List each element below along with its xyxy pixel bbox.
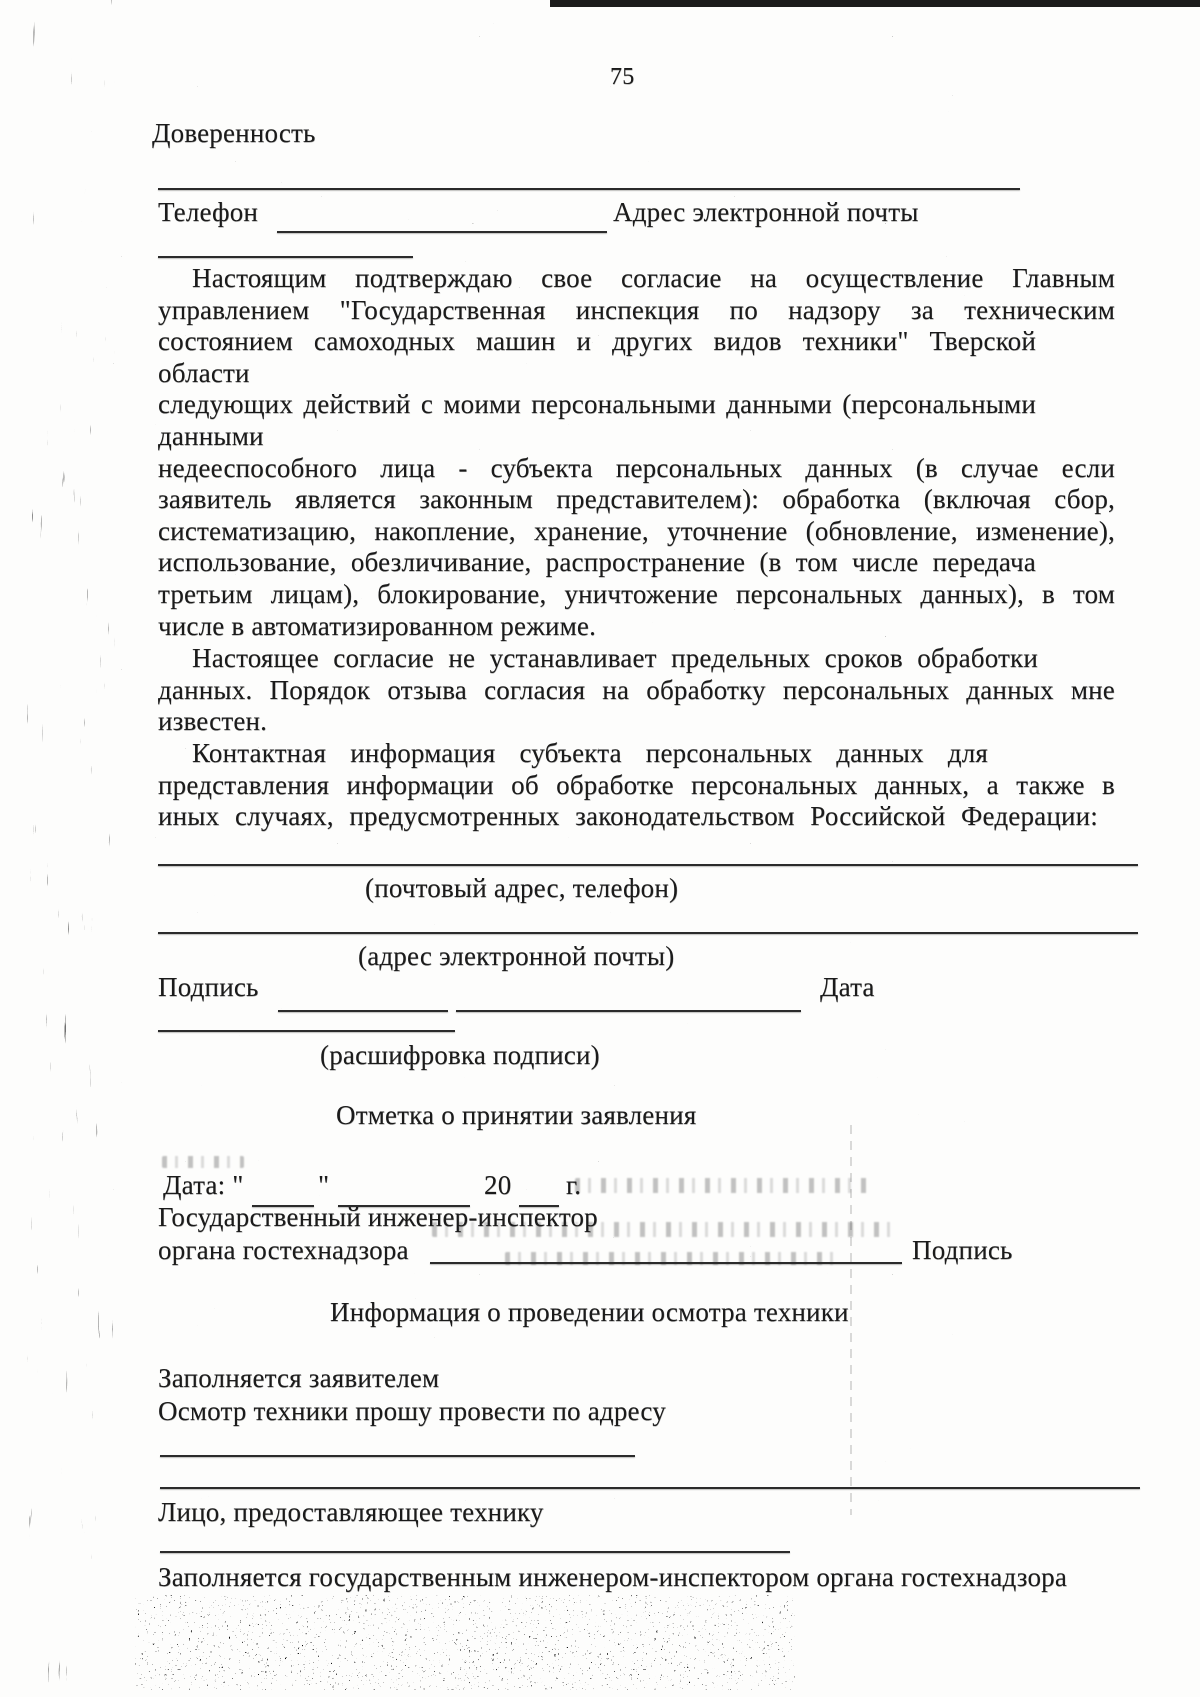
acceptance-year-suffix: г. xyxy=(566,1170,581,1201)
power-of-attorney-label: Доверенность xyxy=(152,118,316,149)
consent-paragraph-line: использование, обезличивание, распростра… xyxy=(158,547,1036,579)
inspector-title-line1: Государственный инженер-инспектор xyxy=(158,1202,598,1233)
terms-paragraph-line: Настоящее согласие не устанавливает пред… xyxy=(158,643,1038,675)
terms-paragraph-line: данных. Порядок отзыва согласия на обраб… xyxy=(158,675,1115,707)
acceptance-heading: Отметка о принятии заявления xyxy=(336,1100,696,1131)
postal-address-caption: (почтовый адрес, телефон) xyxy=(365,873,678,904)
scan-noise-overlay xyxy=(0,0,1200,1697)
phone-label: Телефон xyxy=(158,197,258,228)
contact-paragraph-line: Контактная информация субъекта персональ… xyxy=(158,738,988,770)
signature-label: Подпись xyxy=(158,972,259,1003)
filled-by-inspector-note: Заполняется государственным инженером-ин… xyxy=(158,1562,1067,1593)
consent-paragraph-line: следующих действий с моими персональными… xyxy=(158,389,1036,421)
terms-paragraph-line: известен. xyxy=(158,706,1115,738)
consent-paragraph-line: области xyxy=(158,358,1115,390)
scan-ghost-marks xyxy=(162,1156,244,1168)
acceptance-date-prefix: Дата: " xyxy=(163,1170,244,1201)
consent-paragraph-line: третьим лицам), блокирование, уничтожени… xyxy=(158,579,1115,611)
contact-paragraph-line: представления информации об обработке пе… xyxy=(158,770,1115,802)
signature-blank-line xyxy=(456,1010,801,1012)
scanned-document-page: 75 Доверенность Телефон Адрес электронно… xyxy=(0,0,1200,1697)
email-blank-line xyxy=(158,932,1138,934)
scan-edge-bar xyxy=(550,0,1200,7)
contact-paragraph: Контактная информация субъекта персональ… xyxy=(158,738,1115,833)
address-blank-line xyxy=(160,1455,635,1457)
page-number: 75 xyxy=(610,62,634,93)
form-rule xyxy=(158,188,1020,190)
consent-paragraph-line: управлением "Государственная инспекция п… xyxy=(158,295,1115,327)
phone-blank-line xyxy=(277,231,607,233)
inspector-title-line2: органа гостехнадзора xyxy=(158,1235,409,1266)
acceptance-year-prefix: 20 xyxy=(484,1170,511,1201)
consent-paragraph: Настоящим подтверждаю свое согласие на о… xyxy=(158,263,1115,642)
consent-paragraph-line: заявитель является законным представител… xyxy=(158,484,1115,516)
consent-paragraph-line: недееспособного лица - субъекта персонал… xyxy=(158,453,1115,485)
form-rule xyxy=(158,256,413,258)
signature-blank-line xyxy=(278,1010,448,1012)
filled-by-applicant-note: Заполняется заявителем xyxy=(158,1363,439,1394)
inspection-heading: Информация о проведении осмотра техники xyxy=(330,1297,849,1328)
terms-paragraph: Настоящее согласие не устанавливает пред… xyxy=(158,643,1115,738)
consent-paragraph-line: данными xyxy=(158,421,1115,453)
date-label: Дата xyxy=(820,972,875,1003)
scan-ghost-marks xyxy=(575,1178,870,1193)
acceptance-date-close-quote: " xyxy=(318,1170,329,1201)
address-blank-line xyxy=(160,1487,1140,1489)
email-caption: (адрес электронной почты) xyxy=(358,941,674,972)
email-address-label: Адрес электронной почты xyxy=(613,197,919,228)
inspector-signature-label: Подпись xyxy=(912,1235,1013,1266)
postal-address-blank-line xyxy=(158,864,1138,866)
contact-paragraph-line: иных случаях, предусмотренных законодате… xyxy=(158,801,1098,833)
inspection-address-request: Осмотр техники прошу провести по адресу xyxy=(158,1396,666,1427)
consent-paragraph-line: состоянием самоходных машин и других вид… xyxy=(158,326,1036,358)
consent-paragraph-line: систематизацию, накопление, хранение, ут… xyxy=(158,516,1115,548)
form-rule xyxy=(158,1030,455,1032)
provider-label: Лицо, предоставляющее технику xyxy=(158,1497,544,1528)
consent-paragraph-line: Настоящим подтверждаю свое согласие на о… xyxy=(158,263,1115,295)
inspector-signature-blank xyxy=(430,1262,902,1264)
consent-paragraph-line: числе в автоматизированном режиме. xyxy=(158,611,1115,643)
signature-decode-caption: (расшифровка подписи) xyxy=(320,1040,600,1071)
provider-blank-line xyxy=(160,1551,790,1553)
